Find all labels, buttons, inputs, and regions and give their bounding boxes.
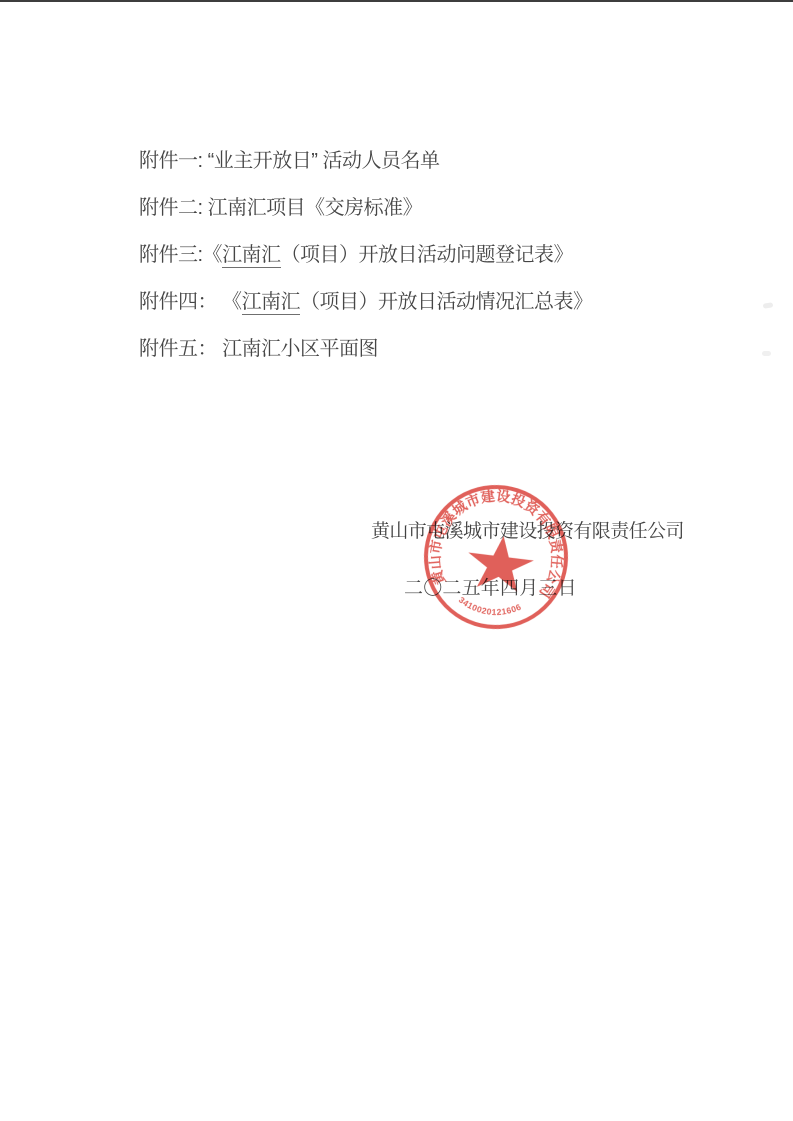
seal-company-arc-text-holder: 黄山市屯溪城市建设投资有限责任公司 (423, 480, 573, 602)
attachment-item-5: 附件五： 江南汇小区平面图 (139, 338, 378, 361)
official-seal: 黄山市屯溪城市建设投资有限责任公司 3410020121606 (409, 470, 583, 644)
scan-artifact (762, 351, 771, 356)
attachment-text: 附件四： 《 (139, 291, 242, 313)
attachment-text: 附件一: “业主开放日” 活动人员名单 (139, 150, 440, 172)
seal-star-icon (464, 532, 536, 593)
document-page: 附件一: “业主开放日” 活动人员名单 附件二: 江南汇项目《交房标准》 附件三… (0, 0, 793, 1121)
attachment-item-2: 附件二: 江南汇项目《交房标准》 (139, 197, 422, 220)
attachment-text: 江南汇小区平面图 (222, 338, 378, 360)
attachment-underlined-text: 江南汇 (222, 244, 281, 268)
attachment-text: 附件五： (139, 338, 222, 360)
seal-serial-text-holder: 3410020121606 (456, 594, 524, 620)
attachment-item-1: 附件一: “业主开放日” 活动人员名单 (139, 150, 440, 173)
attachment-item-4: 附件四： 《江南汇（项目）开放日活动情况汇总表》 (139, 291, 593, 314)
attachment-item-3: 附件三:《江南汇（项目）开放日活动问题登记表》 (139, 244, 573, 267)
attachment-underlined-text: 江南汇 (242, 291, 301, 315)
scan-artifact (763, 302, 774, 308)
seal-serial-number: 3410020121606 (456, 594, 524, 620)
scan-edge-line (0, 0, 793, 2)
attachment-text: （项目）开放日活动情况汇总表》 (300, 291, 593, 313)
attachment-text: 附件三:《 (139, 244, 222, 266)
seal-company-arc-text: 黄山市屯溪城市建设投资有限责任公司 (423, 480, 573, 602)
attachment-text: 附件二: 江南汇项目《交房标准》 (139, 197, 422, 219)
attachment-text: （项目）开放日活动问题登记表》 (281, 244, 574, 266)
